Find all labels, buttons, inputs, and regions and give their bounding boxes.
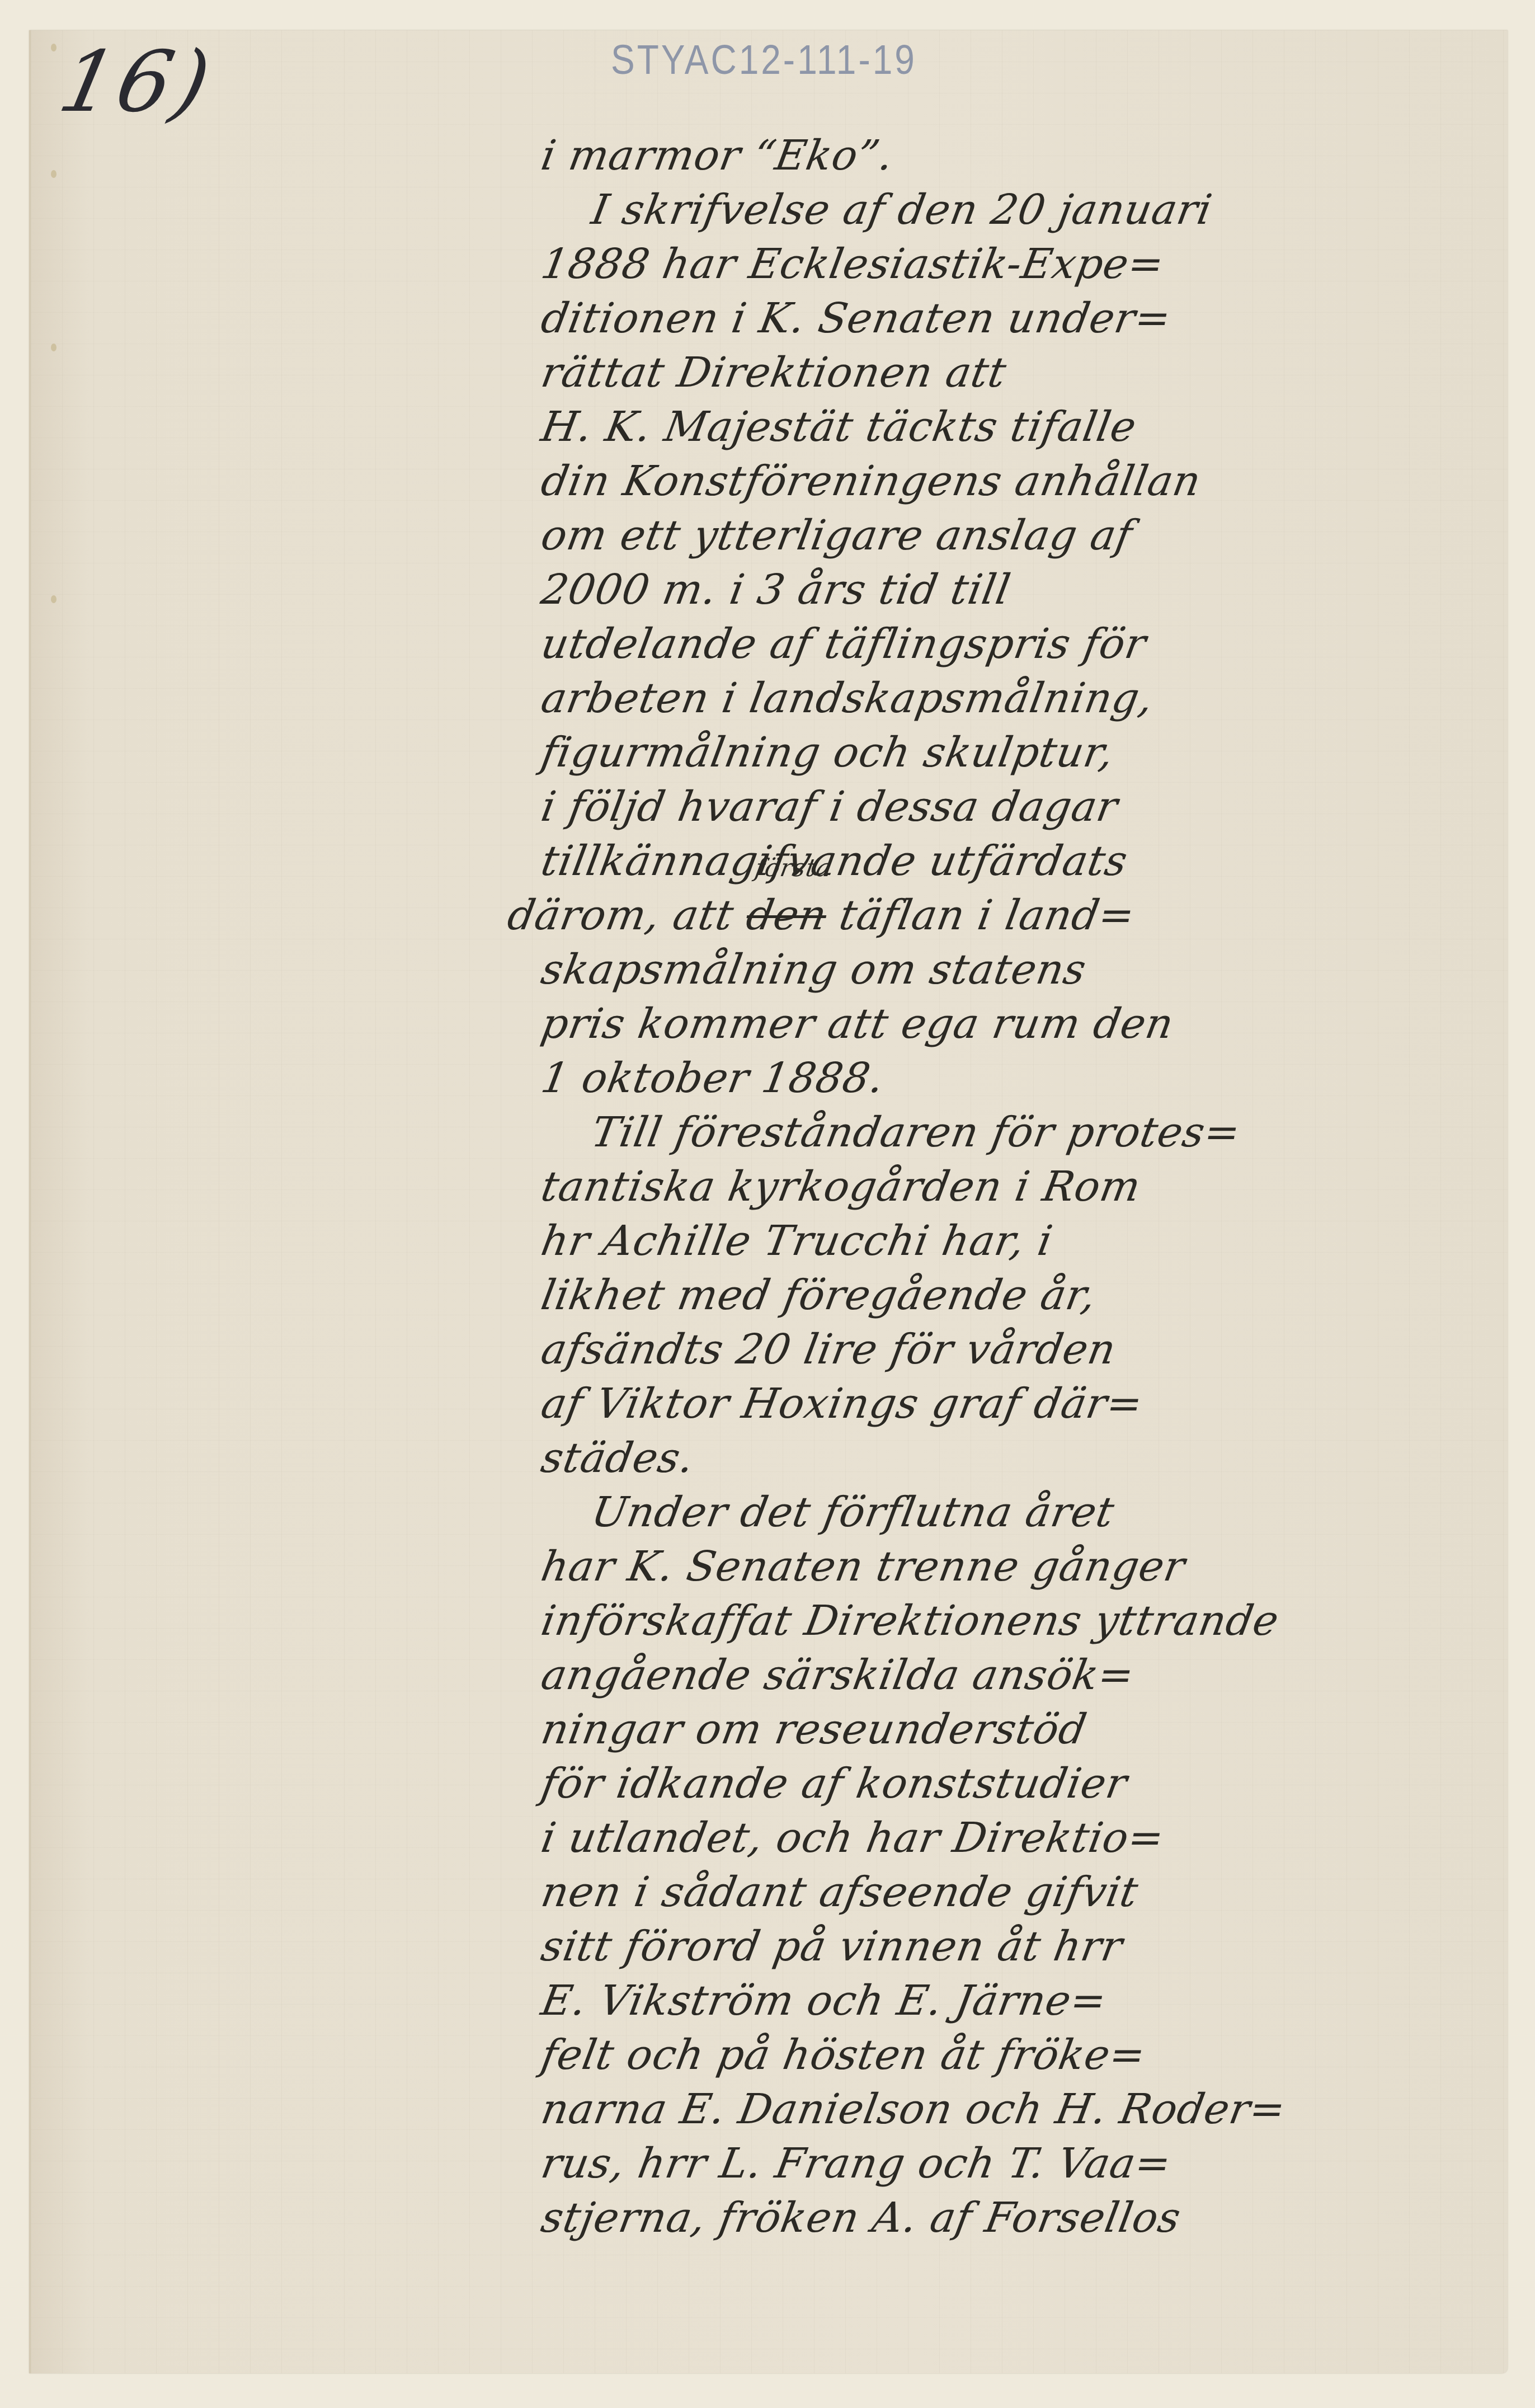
- text-line: utdelande af täflingspris för: [537, 617, 1509, 671]
- paragraph-start-line: Under det förflutna året: [537, 1485, 1509, 1540]
- text-line: din Konstföreningens anhållan: [537, 454, 1509, 509]
- text-line: sitt förord på vinnen åt hrr: [537, 1920, 1509, 1974]
- text-line: i marmor “Eko”.: [537, 129, 1509, 183]
- text-line: af Viktor Hoxings graf där=: [537, 1377, 1509, 1431]
- text-line-with-correction: därom, att den första täflan i land=: [503, 888, 1509, 943]
- text-line: om ett ytterligare anslag af: [537, 509, 1509, 563]
- text-line: angående särskilda ansök=: [537, 1648, 1509, 1702]
- punch-hole-mark: [51, 344, 56, 351]
- text-line: för idkande af konststudier: [537, 1757, 1509, 1811]
- text-line: stjerna, fröken A. af Forsellos: [537, 2191, 1509, 2245]
- text-line: städes.: [537, 1431, 1509, 1485]
- text-line: narna E. Danielson och H. Roder=: [537, 2082, 1509, 2137]
- text-line: tantiska kyrkogården i Rom: [537, 1160, 1509, 1214]
- punch-hole-mark: [51, 170, 56, 178]
- punch-hole-mark: [51, 595, 56, 603]
- archive-id-stamp: STYAC12-111-19: [611, 36, 917, 83]
- text-line: rättat Direktionen att: [537, 346, 1509, 400]
- text-line: pris kommer att ega rum den: [537, 997, 1509, 1051]
- handwritten-text-body: i marmor “Eko”. I skrifvelse af den 20 j…: [537, 129, 1499, 2245]
- text-line: afsändts 20 lire för vården: [537, 1323, 1509, 1377]
- text-line: har K. Senaten trenne gånger: [537, 1540, 1509, 1594]
- text-fragment: täflan i land=: [836, 891, 1138, 939]
- text-line: nen i sådant afseende gifvit: [537, 1865, 1509, 1920]
- text-line: 2000 m. i 3 års tid till: [537, 563, 1509, 617]
- text-line: ditionen i K. Senaten under=: [537, 291, 1509, 346]
- correction: den första: [742, 888, 831, 943]
- text-line: tillkännagifvande utfärdats: [537, 834, 1509, 888]
- text-line: figurmålning och skulptur,: [537, 726, 1509, 780]
- text-line: arbeten i landskapsmålning,: [537, 671, 1509, 726]
- text-line: införskaffat Direktionens yttrande: [537, 1594, 1509, 1648]
- text-line: hr Achille Trucchi har, i: [537, 1214, 1509, 1268]
- punch-hole-mark: [51, 44, 56, 51]
- text-line: likhet med föregående år,: [537, 1268, 1509, 1323]
- paragraph-start-line: I skrifvelse af den 20 januari: [537, 183, 1509, 237]
- text-line: skapsmålning om statens: [537, 943, 1509, 997]
- text-line: i utlandet, och har Direktio=: [537, 1811, 1509, 1865]
- text-line: felt och på hösten åt fröke=: [537, 2028, 1509, 2082]
- text-line: ningar om reseunderstöd: [537, 1702, 1509, 1757]
- text-fragment: därom, att: [504, 891, 737, 939]
- text-line: rus, hrr L. Frang och T. Vaa=: [537, 2137, 1509, 2191]
- text-line: i följd hvaraf i dessa dagar: [537, 780, 1509, 834]
- page-number: 16): [51, 34, 222, 131]
- text-line: H. K. Majestät täckts tifalle: [537, 400, 1509, 454]
- text-line: 1 oktober 1888.: [537, 1051, 1509, 1106]
- paragraph-start-line: Till föreståndaren för protes=: [537, 1106, 1509, 1160]
- struck-word: den: [743, 891, 831, 939]
- inserted-word: första: [753, 856, 834, 881]
- text-line: 1888 har Ecklesiastik-Expe=: [537, 237, 1509, 291]
- text-line: E. Vikström och E. Järne=: [537, 1974, 1509, 2028]
